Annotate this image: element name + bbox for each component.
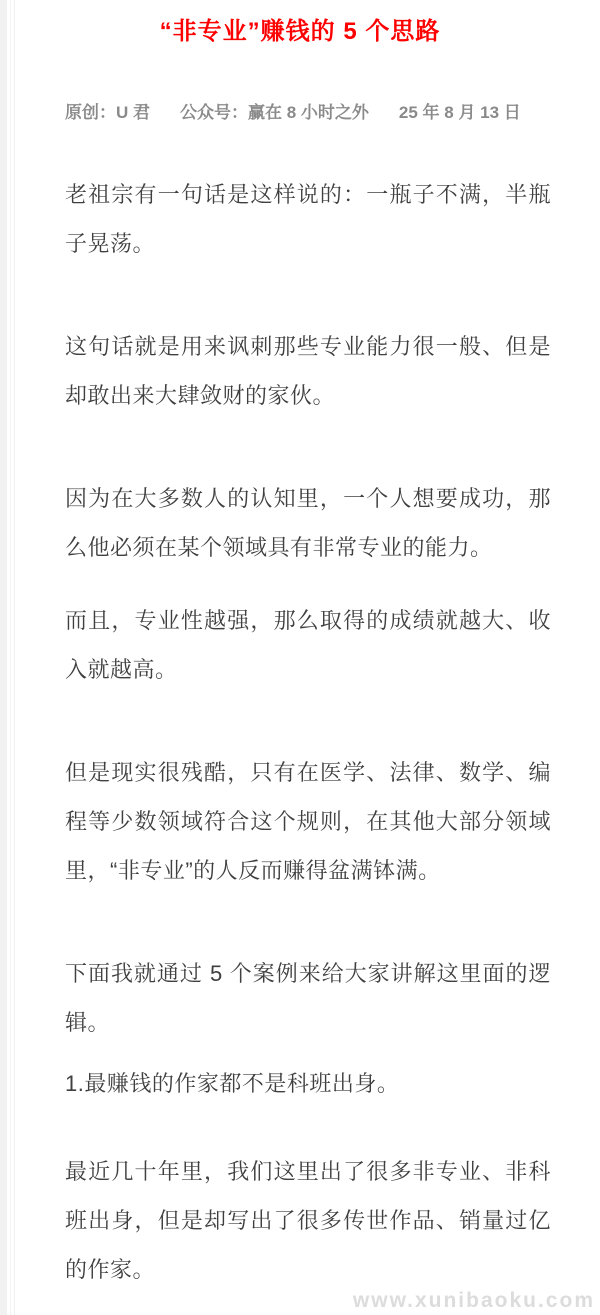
watermark: www.xunibaoku.com [353,1289,595,1313]
paragraph-6: 下面我就通过 5 个案例来给大家讲解这里面的逻辑。 [65,949,551,1047]
section-1-heading: 1.最赚钱的作家都不是科班出身。 [65,1059,551,1108]
byline-date: 25 年 8 月 13 日 [399,103,521,123]
article-title: “非专业”赚钱的 5 个思路 [0,14,600,50]
paragraph-4: 而且，专业性越强，那么取得的成绩就越大、收入就越高。 [65,596,551,694]
paragraph-5: 但是现实很残酷，只有在医学、法律、数学、编程等少数领域符合这个规则，在其他大部分… [65,748,551,895]
paragraph-8: 最近几十年里，我们这里出了很多非专业、非科班出身，但是却写出了很多传世作品、销量… [65,1147,551,1294]
paragraph-2: 这句话就是用来讽刺那些专业能力很一般、但是却敢出来大肆敛财的家伙。 [65,322,551,420]
article-header: “非专业”赚钱的 5 个思路 [0,14,600,50]
page-edge-line [10,0,11,1315]
article-byline: 原创：U 君 公众号：赢在 8 小时之外 25 年 8 月 13 日 [65,103,551,123]
page-edge-line [14,0,15,1315]
paragraph-3: 因为在大多数人的认知里，一个人想要成功，那么他必须在某个领域具有非常专业的能力。 [65,474,551,572]
byline-account: 公众号：赢在 8 小时之外 [180,103,369,123]
page-edge-strip [0,0,7,1315]
byline-author: 原创：U 君 [65,103,150,123]
paragraph-1: 老祖宗有一句话是这样说的：一瓶子不满，半瓶子晃荡。 [65,170,551,268]
article-body: 原创：U 君 公众号：赢在 8 小时之外 25 年 8 月 13 日 老祖宗有一… [0,103,600,1294]
